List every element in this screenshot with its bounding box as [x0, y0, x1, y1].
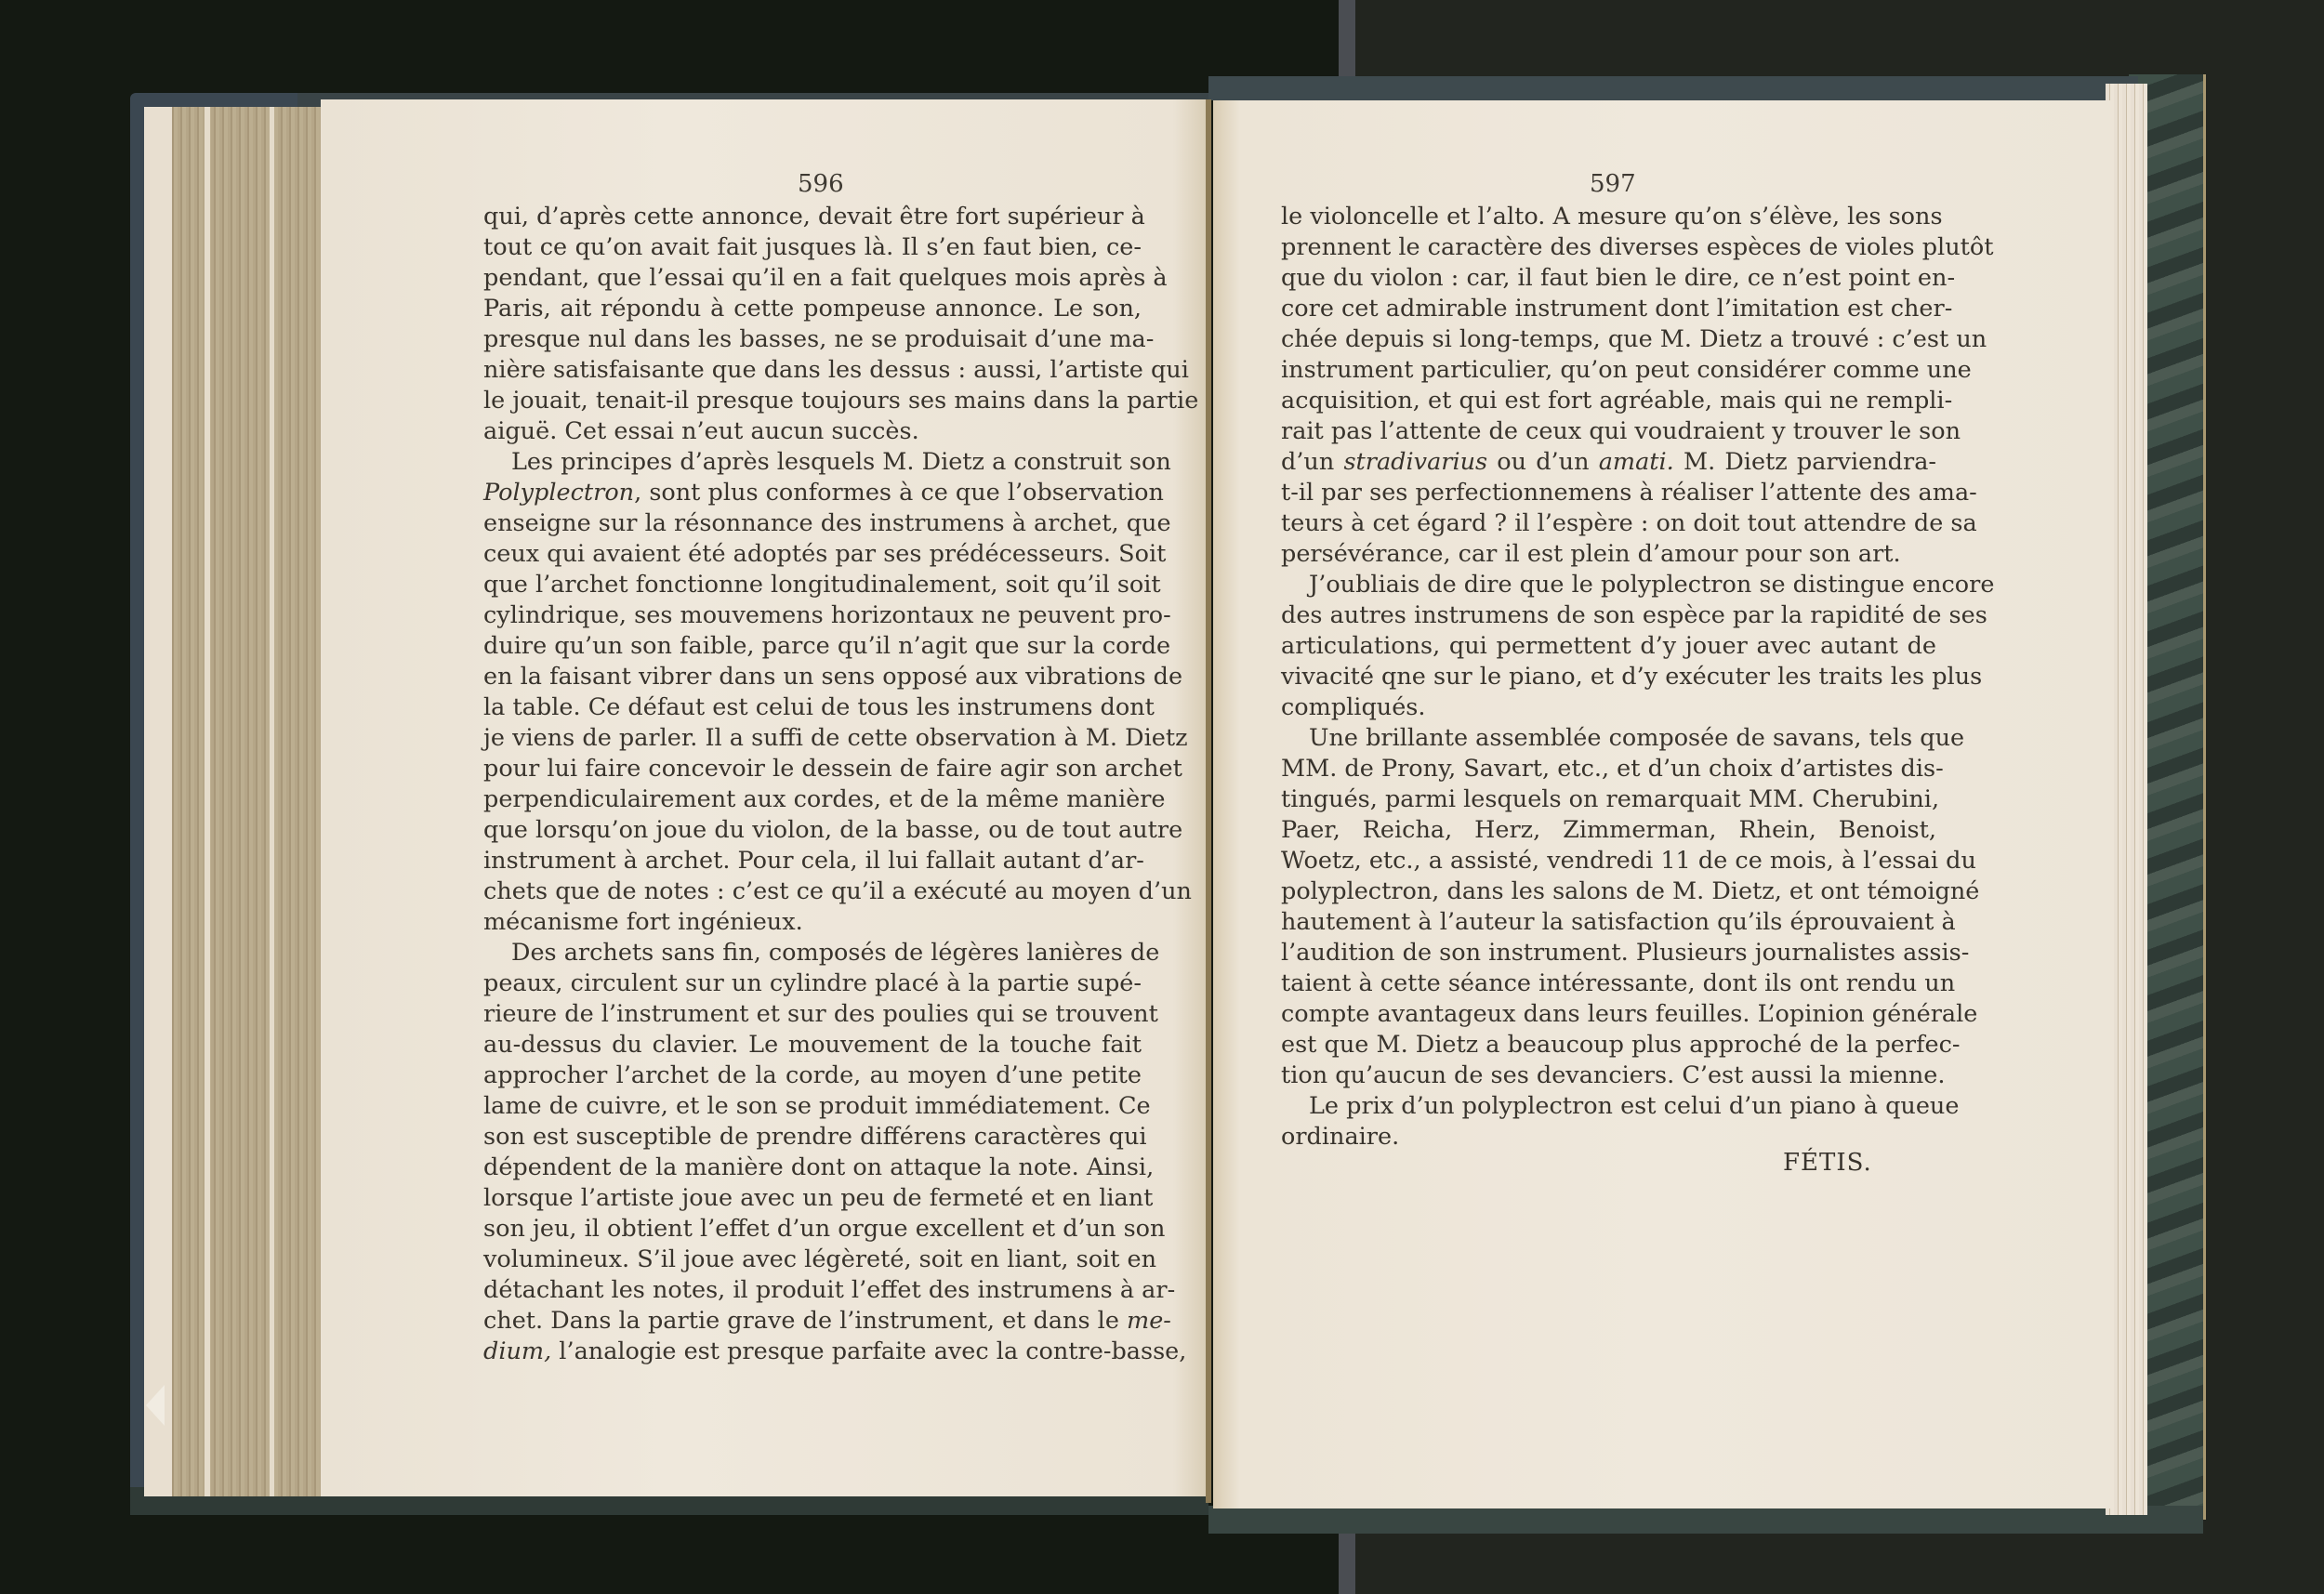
text-line: duire qu’un son faible, parce qu’il n’ag… — [483, 631, 1142, 662]
text-line: compte avantageux dans leurs feuilles. L… — [1281, 999, 1936, 1030]
text-line: approcher l’archet de la corde, au moyen… — [483, 1060, 1142, 1091]
text-line: polyplectron, dans les salons de M. Diet… — [1281, 876, 1936, 907]
text-line: au-dessus du clavier. Le mouvement de la… — [483, 1030, 1142, 1060]
text-line: dépendent de la manière dont on attaque … — [483, 1153, 1142, 1183]
text-line: qui, d’après cette annonce, devait être … — [483, 202, 1142, 232]
text-line: hautement à l’auteur la satisfaction qu’… — [1281, 907, 1936, 938]
text-line: rieure de l’instrument et sur des poulie… — [483, 999, 1142, 1030]
text-line: chets que de notes : c’est ce qu’il a ex… — [483, 876, 1142, 907]
text-line: pendant, que l’essai qu’il en a fait que… — [483, 263, 1142, 294]
text-line: nière satisfaisante que dans les dessus … — [483, 355, 1142, 386]
page-number-right: 597 — [1590, 170, 1636, 198]
left-page-body-text: qui, d’après cette annonce, devait être … — [483, 202, 1142, 1367]
text-line: je viens de parler. Il a suffi de cette … — [483, 723, 1142, 754]
text-line: que lorsqu’on joue du violon, de la bass… — [483, 815, 1142, 846]
text-line: core cet admirable instrument dont l’imi… — [1281, 294, 1936, 324]
background-seam — [1339, 0, 1355, 84]
text-line: presque nul dans les basses, ne se produ… — [483, 324, 1142, 355]
edge-highlight — [205, 107, 210, 1496]
text-line: lorsque l’artiste joue avec un peu de fe… — [483, 1183, 1142, 1214]
text-line: ceux qui avaient été adoptés par ses pré… — [483, 539, 1142, 570]
text-line: articulations, qui permettent d’y jouer … — [1281, 631, 1936, 662]
text-line: pour lui faire concevoir le dessein de f… — [483, 754, 1142, 784]
text-line: instrument particulier, qu’on peut consi… — [1281, 355, 1936, 386]
text-line: tout ce qu’on avait fait jusques là. Il … — [483, 232, 1142, 263]
text-line: tion qu’aucun de ses devanciers. C’est a… — [1281, 1060, 1936, 1091]
text-line: des autres instrumens de son espèce par … — [1281, 600, 1936, 631]
text-line: tingués, parmi lesquels on remarquait MM… — [1281, 784, 1936, 815]
text-line: compliqués. — [1281, 692, 1936, 723]
text-line: MM. de Prony, Savart, etc., et d’un choi… — [1281, 754, 1936, 784]
edge-highlight — [270, 107, 274, 1496]
text-line: volumineux. S’il joue avec légèreté, soi… — [483, 1245, 1142, 1275]
author-signature: FÉTIS. — [1783, 1149, 1872, 1177]
text-line: cylindrique, ses mouvemens horizontaux n… — [483, 600, 1142, 631]
text-line: chée depuis si long-temps, que M. Dietz … — [1281, 324, 1936, 355]
text-line: t-il par ses perfectionnemens à réaliser… — [1281, 478, 1936, 508]
page-block-edges-right — [2106, 84, 2147, 1515]
text-line: acquisition, et qui est fort agréable, m… — [1281, 386, 1936, 416]
book-gutter — [1206, 99, 1211, 1503]
text-line: Paris, ait répondu à cette pompeuse anno… — [483, 294, 1142, 324]
text-line: est que M. Dietz a beaucoup plus approch… — [1281, 1030, 1936, 1060]
text-line: mécanisme fort ingénieux. — [483, 907, 1142, 938]
background-seam — [1339, 1532, 1355, 1594]
text-line: J’oubliais de dire que le polyplectron s… — [1281, 570, 1936, 600]
text-line: taient à cette séance intéressante, dont… — [1281, 968, 1936, 999]
book-cover-bottom-edge-right — [1208, 1506, 2203, 1534]
text-line: Paer, Reicha, Herz, Zimmerman, Rhein, Be… — [1281, 815, 1936, 846]
folded-paper-tab — [146, 1385, 165, 1426]
page-number-left: 596 — [798, 170, 844, 198]
text-line: aiguë. Cet essai n’eut aucun succès. — [483, 416, 1142, 447]
text-line: vivacité qne sur le piano, et d’y exécut… — [1281, 662, 1936, 692]
text-line: Des archets sans fin, composés de légère… — [483, 938, 1142, 968]
text-line: le jouait, tenait-il presque toujours se… — [483, 386, 1142, 416]
text-line: rait pas l’attente de ceux qui voudraien… — [1281, 416, 1936, 447]
text-line: peaux, circulent sur un cylindre placé à… — [483, 968, 1142, 999]
text-line: Le prix d’un polyplectron est celui d’un… — [1281, 1091, 1936, 1122]
text-line: détachant les notes, il produit l’effet … — [483, 1275, 1142, 1306]
text-line: que l’archet fonctionne longitudinalemen… — [483, 570, 1142, 600]
right-page-body-text: le violoncelle et l’alto. A mesure qu’on… — [1281, 202, 1936, 1153]
text-line: que du violon : car, il faut bien le dir… — [1281, 263, 1936, 294]
text-line: la table. Ce défaut est celui de tous le… — [483, 692, 1142, 723]
text-line: en la faisant vibrer dans un sens opposé… — [483, 662, 1142, 692]
text-line: l’audition de son instrument. Plusieurs … — [1281, 938, 1936, 968]
text-line: le violoncelle et l’alto. A mesure qu’on… — [1281, 202, 1936, 232]
text-line: teurs à cet égard ? il l’espère : on doi… — [1281, 508, 1936, 539]
text-line: perpendiculairement aux cordes, et de la… — [483, 784, 1142, 815]
text-line: Polyplectron, sont plus conformes à ce q… — [483, 478, 1142, 508]
text-line: d’un stradivarius ou d’un amati. M. Diet… — [1281, 447, 1936, 478]
text-line: enseigne sur la résonnance des instrumen… — [483, 508, 1142, 539]
text-line: prennent le caractère des diverses espèc… — [1281, 232, 1936, 263]
text-line: dium, l’analogie est presque parfaite av… — [483, 1337, 1142, 1367]
text-line: instrument à archet. Pour cela, il lui f… — [483, 846, 1142, 876]
text-line: chet. Dans la partie grave de l’instrume… — [483, 1306, 1142, 1337]
book-cover-top-edge-right — [1208, 76, 2138, 100]
text-line: lame de cuivre, et le son se produit imm… — [483, 1091, 1142, 1122]
page-block-edges-left — [144, 107, 321, 1496]
text-line: persévérance, car il est plein d’amour p… — [1281, 539, 1936, 570]
endpaper — [144, 107, 172, 1496]
text-line: son est susceptible de prendre différens… — [483, 1122, 1142, 1153]
text-line: son jeu, il obtient l’effet d’un orgue e… — [483, 1214, 1142, 1245]
text-line: Woetz, etc., a assisté, vendredi 11 de c… — [1281, 846, 1936, 876]
text-line: Une brillante assemblée composée de sava… — [1281, 723, 1936, 754]
text-line: Les principes d’après lesquels M. Dietz … — [483, 447, 1142, 478]
